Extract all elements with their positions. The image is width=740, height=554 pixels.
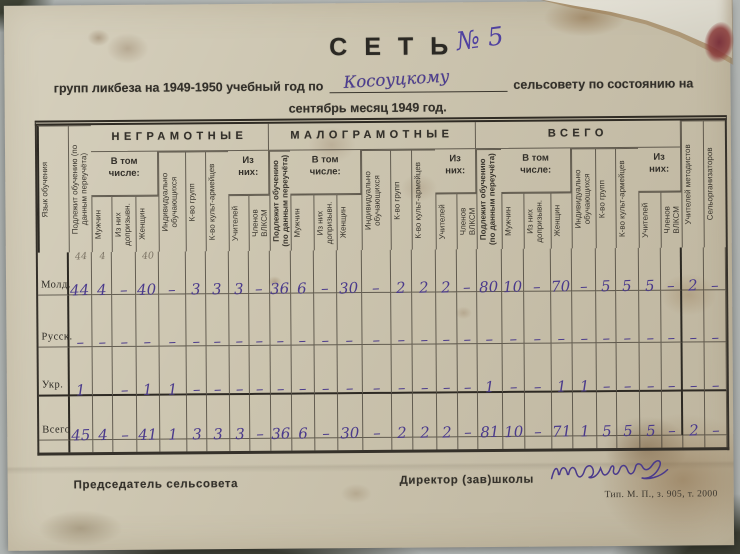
sovet-name-blank-line: Косоуцкому xyxy=(329,77,507,93)
band-of-them: Из них: xyxy=(638,148,681,192)
pencil-note: 4 xyxy=(99,252,106,262)
table-cell: 5 xyxy=(596,248,616,291)
table-cell: 5 xyxy=(617,392,640,436)
table-cell: 1 xyxy=(573,343,597,392)
subject-column-header: Подлежит обучению (по данным переучёта) xyxy=(269,151,291,251)
table-cell: – xyxy=(292,345,315,394)
table-cell: – xyxy=(363,345,392,394)
table-cell: – xyxy=(112,252,136,295)
table-cell: 5 xyxy=(639,248,661,291)
table-cell: – xyxy=(206,294,229,346)
handwritten-value: 1 xyxy=(168,427,178,442)
table-cell: 6 xyxy=(291,250,314,293)
table-cell: 4040 xyxy=(136,252,159,295)
document-paper: СЕТЬ № 5 групп ликбеза на 1949-1950 учеб… xyxy=(4,0,734,551)
table-cell: – xyxy=(187,346,207,395)
subtitle-line1: групп ликбеза на 1949-1950 учебный год п… xyxy=(22,75,724,96)
subtitle-line2: сентябрь месяц 1949 год. xyxy=(5,98,731,118)
handwritten-value: 36 xyxy=(271,426,291,442)
subtitle-text-after: сельсовету по состоянию на xyxy=(513,76,693,91)
table-cell: 5 xyxy=(640,392,662,436)
handwritten-value: – xyxy=(373,426,381,441)
table-cell: – xyxy=(291,293,314,345)
chairman-label: Председатель сельсовета xyxy=(74,478,239,491)
col-header-men: Мужчин xyxy=(501,193,523,249)
table-cell: – xyxy=(338,345,363,394)
title-row: СЕТЬ № 5 xyxy=(4,30,730,65)
subject-column-header: Подлежит обучению (по данным переучёта) xyxy=(68,125,92,252)
col-header-teachers: Учителей xyxy=(228,195,248,251)
table-cell: 70 xyxy=(551,248,572,291)
table-cell: 80 xyxy=(477,249,502,292)
table-cell: 3 xyxy=(207,395,230,439)
table-cell: – xyxy=(207,346,230,395)
col-header-cultarmy: К-во культ-армейцев xyxy=(411,149,436,249)
handwritten-value: – xyxy=(322,426,330,441)
handwritten-value: 45 xyxy=(71,428,91,444)
handwritten-value: 2 xyxy=(689,423,699,438)
table-cell: – xyxy=(639,291,661,343)
table-cell: – xyxy=(572,248,596,291)
table-cell: – xyxy=(314,293,337,345)
table-cell: – xyxy=(503,344,525,393)
table-cell: – xyxy=(525,393,552,437)
row-label: Всего xyxy=(39,396,70,440)
table-cell: – xyxy=(596,291,616,343)
table-cell: – xyxy=(412,292,436,344)
subject-column-header: Подлежит обучению (по данным переучёта) xyxy=(476,149,502,249)
handwritten-value: 3 xyxy=(235,427,245,442)
band-including: В том числе: xyxy=(501,148,571,193)
table-cell: – xyxy=(230,346,250,395)
handwritten-value: 6 xyxy=(298,426,308,441)
table-cell: 5 xyxy=(616,248,639,291)
col-header-women: Женщин xyxy=(550,192,571,248)
col-header-women: Женщин xyxy=(135,196,158,252)
handwritten-value: 3 xyxy=(213,427,223,442)
pencil-note: 40 xyxy=(142,251,155,261)
table-cell: – xyxy=(437,344,458,393)
col-header-women: Женщин xyxy=(336,194,361,250)
language-column-header: Язык обучения xyxy=(37,125,69,252)
handwritten-value: – xyxy=(534,425,542,440)
table-cell: – xyxy=(572,291,596,343)
row-label: Укр. xyxy=(39,347,70,396)
col-header-individual: Индивидуально обучающихся xyxy=(158,151,186,251)
table-cell: – xyxy=(436,292,457,344)
table-cell: – xyxy=(315,345,338,394)
table-cell: – xyxy=(661,291,682,343)
methodists-column-header: Учителей методистов xyxy=(681,120,704,247)
table-cell: – xyxy=(640,343,662,392)
table-cell: 2 xyxy=(413,393,437,437)
table-cell: – xyxy=(315,394,338,438)
col-header-cultarmy: К-во культ-армейцев xyxy=(615,148,639,248)
organizers-column-header: Сельорганизаторов xyxy=(703,120,726,247)
handwritten-document-number: № 5 xyxy=(454,21,505,56)
table-cell: – xyxy=(270,294,291,346)
table-cell: 2 xyxy=(392,394,413,438)
pencil-note: 44 xyxy=(75,252,88,262)
table-cell: – xyxy=(112,295,136,347)
literacy-statistics-table: Язык обученияПодлежит обучению (по данны… xyxy=(35,115,730,455)
print-imprint: Тип. М. П., з. 905, т. 2000 xyxy=(605,489,718,500)
table-cell: 30 xyxy=(338,394,363,438)
handwritten-value: – xyxy=(464,425,472,440)
table-cell: 2 xyxy=(683,391,705,435)
group-title: НЕГРАМОТНЫЕ xyxy=(91,124,269,152)
handwritten-value: 5 xyxy=(646,424,656,439)
handwritten-value: – xyxy=(712,423,720,438)
col-header-groups-count: К-во групп xyxy=(390,150,412,250)
row-label: Молд. xyxy=(38,252,69,295)
group-title: МАЛОГРАМОТНЫЕ xyxy=(269,122,476,151)
handwritten-value: 2 xyxy=(442,425,452,440)
table-cell: – xyxy=(249,294,270,346)
table-cell: – xyxy=(250,346,271,395)
table-cell: – xyxy=(682,290,704,342)
band-of-them: Из них: xyxy=(228,151,269,195)
band-including: В том числе: xyxy=(290,150,361,195)
col-header-groups-count: К-во групп xyxy=(185,151,206,251)
handwritten-value: 2 xyxy=(420,425,430,440)
handwritten-value: 71 xyxy=(552,424,572,440)
table-cell: 4444 xyxy=(69,252,92,295)
table-cell: – xyxy=(69,295,92,347)
handwritten-value: 41 xyxy=(138,427,158,443)
table-cell: – xyxy=(337,293,362,345)
table-cell: 2 xyxy=(437,393,458,437)
table-cell: – xyxy=(457,249,477,292)
table-cell: 10 xyxy=(503,393,525,437)
table-cell: 36 xyxy=(270,251,291,294)
table-cell: 3 xyxy=(186,251,206,294)
table-cell: – xyxy=(186,294,206,346)
col-header-men: Мужчин xyxy=(91,196,111,252)
table-cell: – xyxy=(159,294,186,346)
table-cell: 2 xyxy=(682,247,704,290)
table-cell: 71 xyxy=(552,392,573,436)
subtitle-text-before: групп ликбеза на 1949-1950 учебный год п… xyxy=(54,79,324,95)
table-cell: – xyxy=(458,393,478,437)
table-cell: – xyxy=(362,293,391,345)
col-header-teachers: Учителей xyxy=(435,193,456,249)
table-cell: – xyxy=(136,295,159,347)
document-title: СЕТЬ xyxy=(269,32,465,62)
table-cell: – xyxy=(271,346,292,395)
table-cell: – xyxy=(363,394,392,438)
handwritten-value: 5 xyxy=(602,424,612,439)
handwritten-sovet-name: Косоуцкому xyxy=(343,67,450,92)
col-header-conscripts: Из них допризывн. xyxy=(111,196,135,252)
table-cell: – xyxy=(661,248,682,291)
table-cell: 44 xyxy=(92,252,112,295)
table-cell: – xyxy=(616,291,639,343)
handwritten-value: – xyxy=(668,423,676,438)
table-cell: – xyxy=(662,343,683,392)
table-cell: – xyxy=(524,249,551,292)
table-cell: 30 xyxy=(337,250,362,293)
table-cell: 1 xyxy=(70,347,93,396)
handwritten-value: – xyxy=(121,428,129,443)
director-signature xyxy=(547,456,682,491)
table-cell: – xyxy=(250,395,271,439)
table-cell: – xyxy=(413,344,437,393)
col-header-conscripts: Из них допризывн. xyxy=(313,194,336,250)
table-cell: 6 xyxy=(292,394,315,438)
table-cell: – xyxy=(159,251,186,294)
table-cell: – xyxy=(704,247,726,290)
table-cell: 5 xyxy=(597,392,617,436)
col-header-individual: Индивидуально обучающихся xyxy=(361,150,391,250)
handwritten-value: 2 xyxy=(397,426,407,441)
handwritten-value: – xyxy=(256,427,264,442)
table-cell: 3 xyxy=(187,395,207,439)
band-including: В том числе: xyxy=(91,152,158,197)
handwritten-value: 3 xyxy=(192,427,202,442)
table-cell: – xyxy=(457,292,477,344)
table-cell: – xyxy=(314,250,337,293)
col-header-komsomol: Членов ВЛКСМ xyxy=(660,192,681,248)
table-cell: 4 xyxy=(93,396,113,440)
handwritten-value: 10 xyxy=(504,424,524,440)
table-cell: – xyxy=(477,292,502,344)
table-cell: 1 xyxy=(137,347,160,396)
table-cell: 1 xyxy=(160,346,187,395)
table-cell: – xyxy=(113,396,137,440)
group-title: ВСЕГО xyxy=(476,121,681,150)
table-cell: 3 xyxy=(229,251,249,294)
table-cell: 2 xyxy=(436,249,457,292)
table-cell: 41 xyxy=(137,396,160,440)
table-cell: – xyxy=(458,344,478,393)
table-cell: – xyxy=(391,293,412,345)
director-label: Директор (зав)школы xyxy=(400,474,534,487)
handwritten-value: 30 xyxy=(340,426,360,442)
table-cell: 3 xyxy=(230,395,250,439)
table-cell: – xyxy=(617,343,640,392)
table-cell: 10 xyxy=(502,249,524,292)
table-cell: – xyxy=(597,343,617,392)
table-cell: 81 xyxy=(478,393,503,437)
col-header-komsomol: Членов ВЛКСМ xyxy=(248,195,269,251)
col-header-komsomol: Членов ВЛКСМ xyxy=(456,193,476,249)
table-cell xyxy=(93,347,113,396)
table-cell: 3 xyxy=(206,251,229,294)
table-cell: – xyxy=(705,342,727,391)
table-cell: – xyxy=(113,347,137,396)
table-cell: – xyxy=(392,345,413,394)
table-cell: – xyxy=(683,342,705,391)
table-cell xyxy=(39,440,70,452)
table-cell: 2 xyxy=(391,250,412,293)
table-cell: – xyxy=(502,292,524,344)
table-cell: – xyxy=(249,251,270,294)
table-cell: 2 xyxy=(412,249,436,292)
col-header-individual: Индивидуально обучающихся xyxy=(571,148,596,248)
handwritten-value: 1 xyxy=(580,424,590,439)
table-cell: – xyxy=(704,290,726,342)
table-cell: – xyxy=(362,250,391,293)
handwritten-value: 81 xyxy=(480,425,500,441)
col-header-cultarmy: К-во культ-армейцев xyxy=(205,151,229,251)
table-cell: 1 xyxy=(573,392,597,436)
table-cell: – xyxy=(705,391,727,435)
col-header-teachers: Учителей xyxy=(638,192,660,248)
table-cell: 36 xyxy=(271,395,292,439)
table-cell: – xyxy=(92,295,112,347)
table-cell: – xyxy=(525,344,552,393)
table-cell: – xyxy=(524,292,551,344)
table-cell: – xyxy=(551,291,572,343)
table-cell: 45 xyxy=(70,396,93,440)
col-header-conscripts: Из них допризывн. xyxy=(523,193,550,249)
table-cell: – xyxy=(662,392,683,436)
col-header-men: Мужчин xyxy=(290,194,313,250)
row-label: Русск. xyxy=(38,295,69,347)
table-cell: 1 xyxy=(552,343,573,392)
table-cell: – xyxy=(229,294,249,346)
handwritten-value: 4 xyxy=(98,428,108,443)
table-cell: 1 xyxy=(160,395,187,439)
col-header-groups-count: К-во групп xyxy=(595,148,616,248)
table-cell: 1 xyxy=(478,344,503,393)
handwritten-value: 5 xyxy=(623,424,633,439)
band-of-them: Из них: xyxy=(435,149,476,193)
